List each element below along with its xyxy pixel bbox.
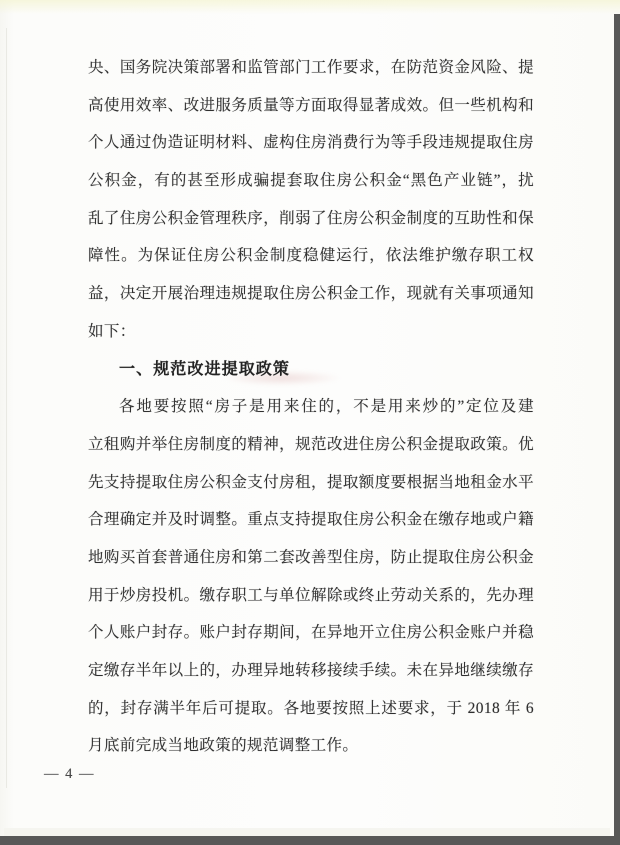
text-line: 立租购并举住房制度的精神，规范改进住房公积金提取政策。优 <box>88 426 534 464</box>
text-line: 益，决定开展治理违规提取住房公积金工作，现就有关事项通知 <box>88 275 534 313</box>
text-line: 用于炒房投机。缴存职工与单位解除或终止劳动关系的，先办理 <box>88 577 534 615</box>
paragraph: 央、国务院决策部署和监管部门工作要求，在防范资金风险、提 高使用效率、改进服务质… <box>88 49 534 351</box>
text-line: 月底前完成当地政策的规范调整工作。 <box>88 727 534 765</box>
text-line: 央、国务院决策部署和监管部门工作要求，在防范资金风险、提 <box>88 49 534 87</box>
text-line: 个人通过伪造证明材料、虚构住房消费行为等手段违规提取住房 <box>88 124 534 162</box>
text-line: 合理确定并及时调整。重点支持提取住房公积金在缴存地或户籍 <box>88 501 534 539</box>
text-line: 一、规范改进提取政策 <box>88 351 534 389</box>
scan-edge-right <box>614 14 620 845</box>
text-line: 定缴存半年以上的，办理异地转移接续手续。未在异地继续缴存 <box>88 652 534 690</box>
paragraph: 各地要按照“房子是用来住的，不是用来炒的”定位及建 立租购并举住房制度的精神，规… <box>88 388 534 765</box>
scan-bottom-shadow-line <box>4 828 610 836</box>
text-line: 个人账户封存。账户封存期间，在异地开立住房公积金账户并稳 <box>88 614 534 652</box>
paragraph: 一、规范改进提取政策 <box>88 351 534 389</box>
text-line: 如下： <box>88 313 534 351</box>
text-line: 公积金，有的甚至形成骗提套取住房公积金“黑色产业链”，扰 <box>88 162 534 200</box>
text-line: 地购买首套普通住房和第二套改善型住房，防止提取住房公积金 <box>88 539 534 577</box>
document-body: 央、国务院决策部署和监管部门工作要求，在防范资金风险、提 高使用效率、改进服务质… <box>88 49 534 765</box>
scan-top-tint <box>0 0 620 14</box>
text-line: 先支持提取住房公积金支付房租，提取额度要根据当地租金水平 <box>88 464 534 502</box>
text-line: 乱了住房公积金管理秩序，削弱了住房公积金制度的互助性和保 <box>88 200 534 238</box>
text-line: 各地要按照“房子是用来住的，不是用来炒的”定位及建 <box>88 388 534 426</box>
text-line: 高使用效率、改进服务质量等方面取得显著成效。但一些机构和 <box>88 87 534 125</box>
scan-edge-bottom <box>0 836 620 845</box>
text-line: 障性。为保证住房公积金制度稳健运行，依法维护缴存职工权 <box>88 237 534 275</box>
scanned-document-page: 央、国务院决策部署和监管部门工作要求，在防范资金风险、提 高使用效率、改进服务质… <box>0 0 620 845</box>
text-line: 的，封存满半年后可提取。各地要按照上述要求，于 2018 年 6 <box>88 690 534 728</box>
scan-left-edge-line <box>6 28 7 788</box>
page-number: — 4 — <box>44 766 95 783</box>
